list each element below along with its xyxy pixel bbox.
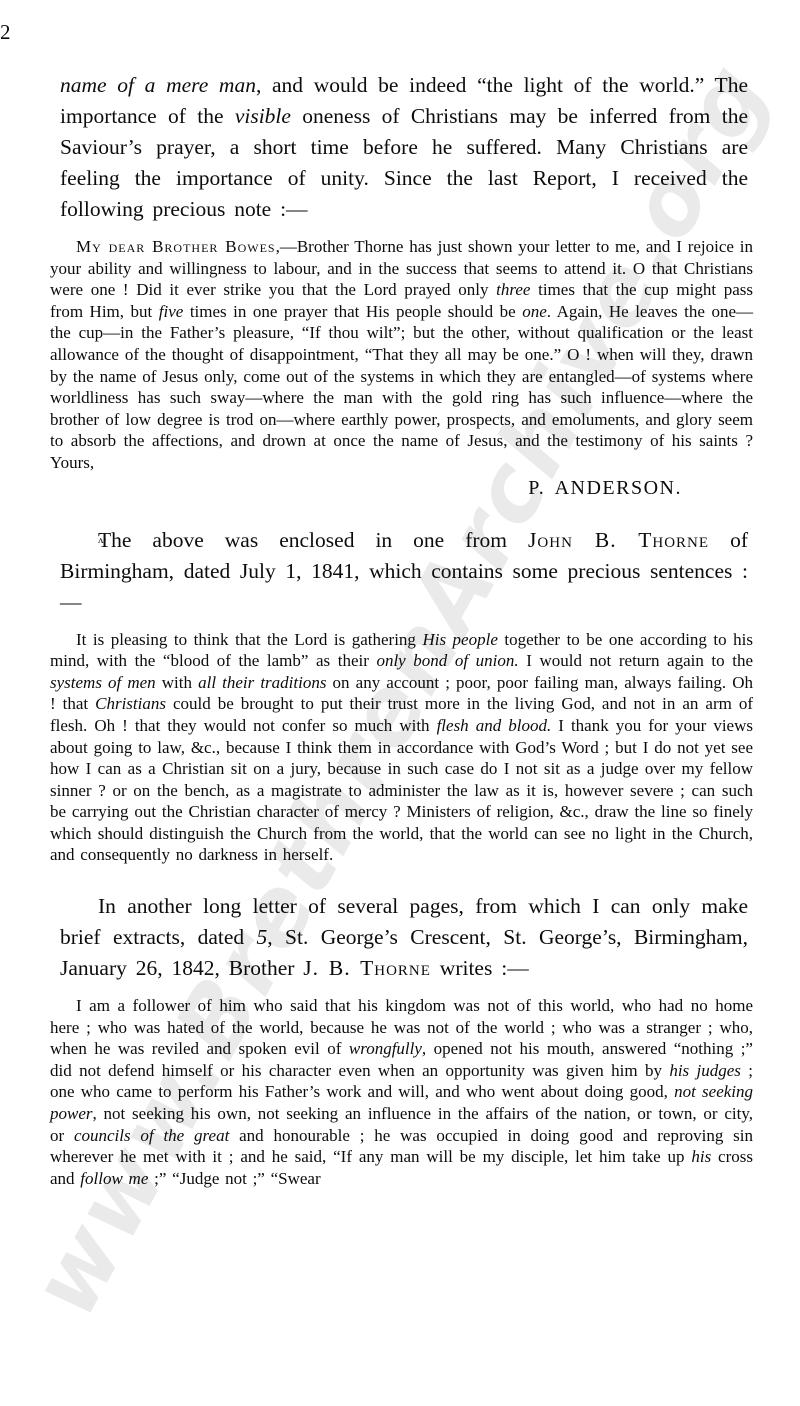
page-number: 2 (0, 0, 800, 45)
second-letter-intro-paragraph: In another long letter of several pages,… (60, 891, 748, 984)
text-blocks: name of a mere man, and would be indeed … (0, 70, 800, 1189)
opening-paragraph: name of a mere man, and would be indeed … (60, 70, 748, 225)
thorne-intro-paragraph: The above was enclosed in one from John … (60, 525, 748, 618)
page-content: 2 name of a mere man, and would be indee… (0, 0, 800, 1189)
thorne-first-extract: It is pleasing to think that the Lord is… (50, 629, 753, 867)
scanned-document-page: www.BrethrenArchive.org ʌ· 2 name of a m… (0, 0, 800, 1406)
thorne-second-extract: I am a follower of him who said that his… (50, 995, 753, 1189)
anderson-letter: My dear Brother Bowes,—Brother Thorne ha… (50, 236, 753, 474)
anderson-signature: P. ANDERSON. (0, 477, 682, 500)
